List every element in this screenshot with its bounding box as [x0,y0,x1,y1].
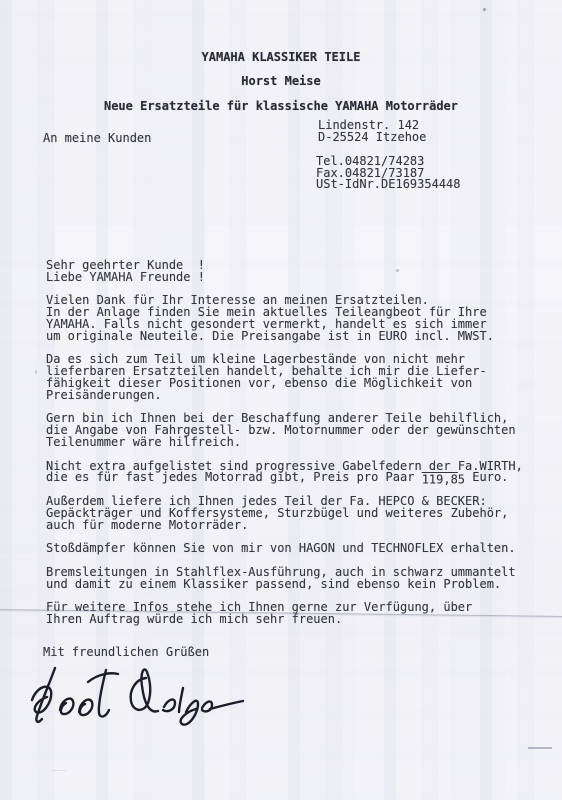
closing-regards: Mit freundlichen Grüßen [43,645,209,659]
scan-speck [35,370,37,374]
text-line: Ihren Auftrag würde ich mich sehr freuen… [46,614,523,626]
text-line: die es für fast jedes Motorrad gibt, Pre… [46,472,523,484]
text-line: auch für moderne Motorräder. [46,520,523,532]
paragraph-procurement: Gern bin ich Ihnen bei der Beschaffung a… [46,413,523,448]
sender-address: Lindenstr. 142 D-25524 Itzehoe [318,120,426,143]
text-line: Preisänderungen. [46,390,523,402]
letter-body: Sehr geehrter Kunde ! Liebe YAMAHA Freun… [46,260,523,626]
scan-speck [483,8,486,11]
underlined-text: der [422,459,458,473]
paragraph-shocks: Stoßdämpfer können Sie von mir von HAGON… [46,543,523,555]
letterhead-subtitle: Neue Ersatzteile für klassische YAMAHA M… [0,99,562,113]
paragraph-intro: Vielen Dank für Ihr Interesse an meinen … [46,295,523,342]
vat-id-line: USt-IdNr.DE169354448 [316,179,461,191]
letterhead-name: Horst Meise [0,74,562,88]
address-city: D-25524 Itzehoe [318,132,426,144]
scan-mark [528,747,552,749]
recipient-line: An meine Kunden [43,131,151,145]
text-line: und damit zu einem Klassiker passend, si… [46,579,523,591]
price-pre-text: die es für fast jedes Motorrad gibt, Pre… [46,470,422,484]
paragraph-stock: Da es sich zum Teil um kleine Lagerbestä… [46,354,523,401]
scan-mark [52,770,66,771]
sender-contact: Tel.04821/74283 Fax.04821/73187 USt-IdNr… [316,156,461,191]
text-line: Liebe YAMAHA Freunde ! [46,272,523,284]
scanned-letter-page: YAMAHA KLASSIKER TEILE Horst Meise Neue … [0,0,562,800]
paragraph-hepco-becker: Außerdem liefere ich Ihnen jedes Teil de… [46,496,523,531]
paragraph-wirth: Nicht extra aufgelistet sind progressive… [46,461,523,485]
handwritten-signature [28,660,246,738]
price-post-text: Euro. [465,470,508,484]
paragraph-brakelines: Bremsleitungen in Stahlflex-Ausführung, … [46,567,523,591]
salutation: Sehr geehrter Kunde ! Liebe YAMAHA Freun… [46,260,523,284]
text-line: um originale Neuteile. Die Preisangabe i… [46,331,523,343]
text-line: Stoßdämpfer können Sie von mir von HAGON… [46,543,523,555]
signature-strokes [32,668,243,725]
scan-speck [396,269,399,272]
letterhead-title: YAMAHA KLASSIKER TEILE [0,50,562,64]
text-line: Teilenummer wäre hilfreich. [46,437,523,449]
price-value: 119,85 [422,475,465,487]
